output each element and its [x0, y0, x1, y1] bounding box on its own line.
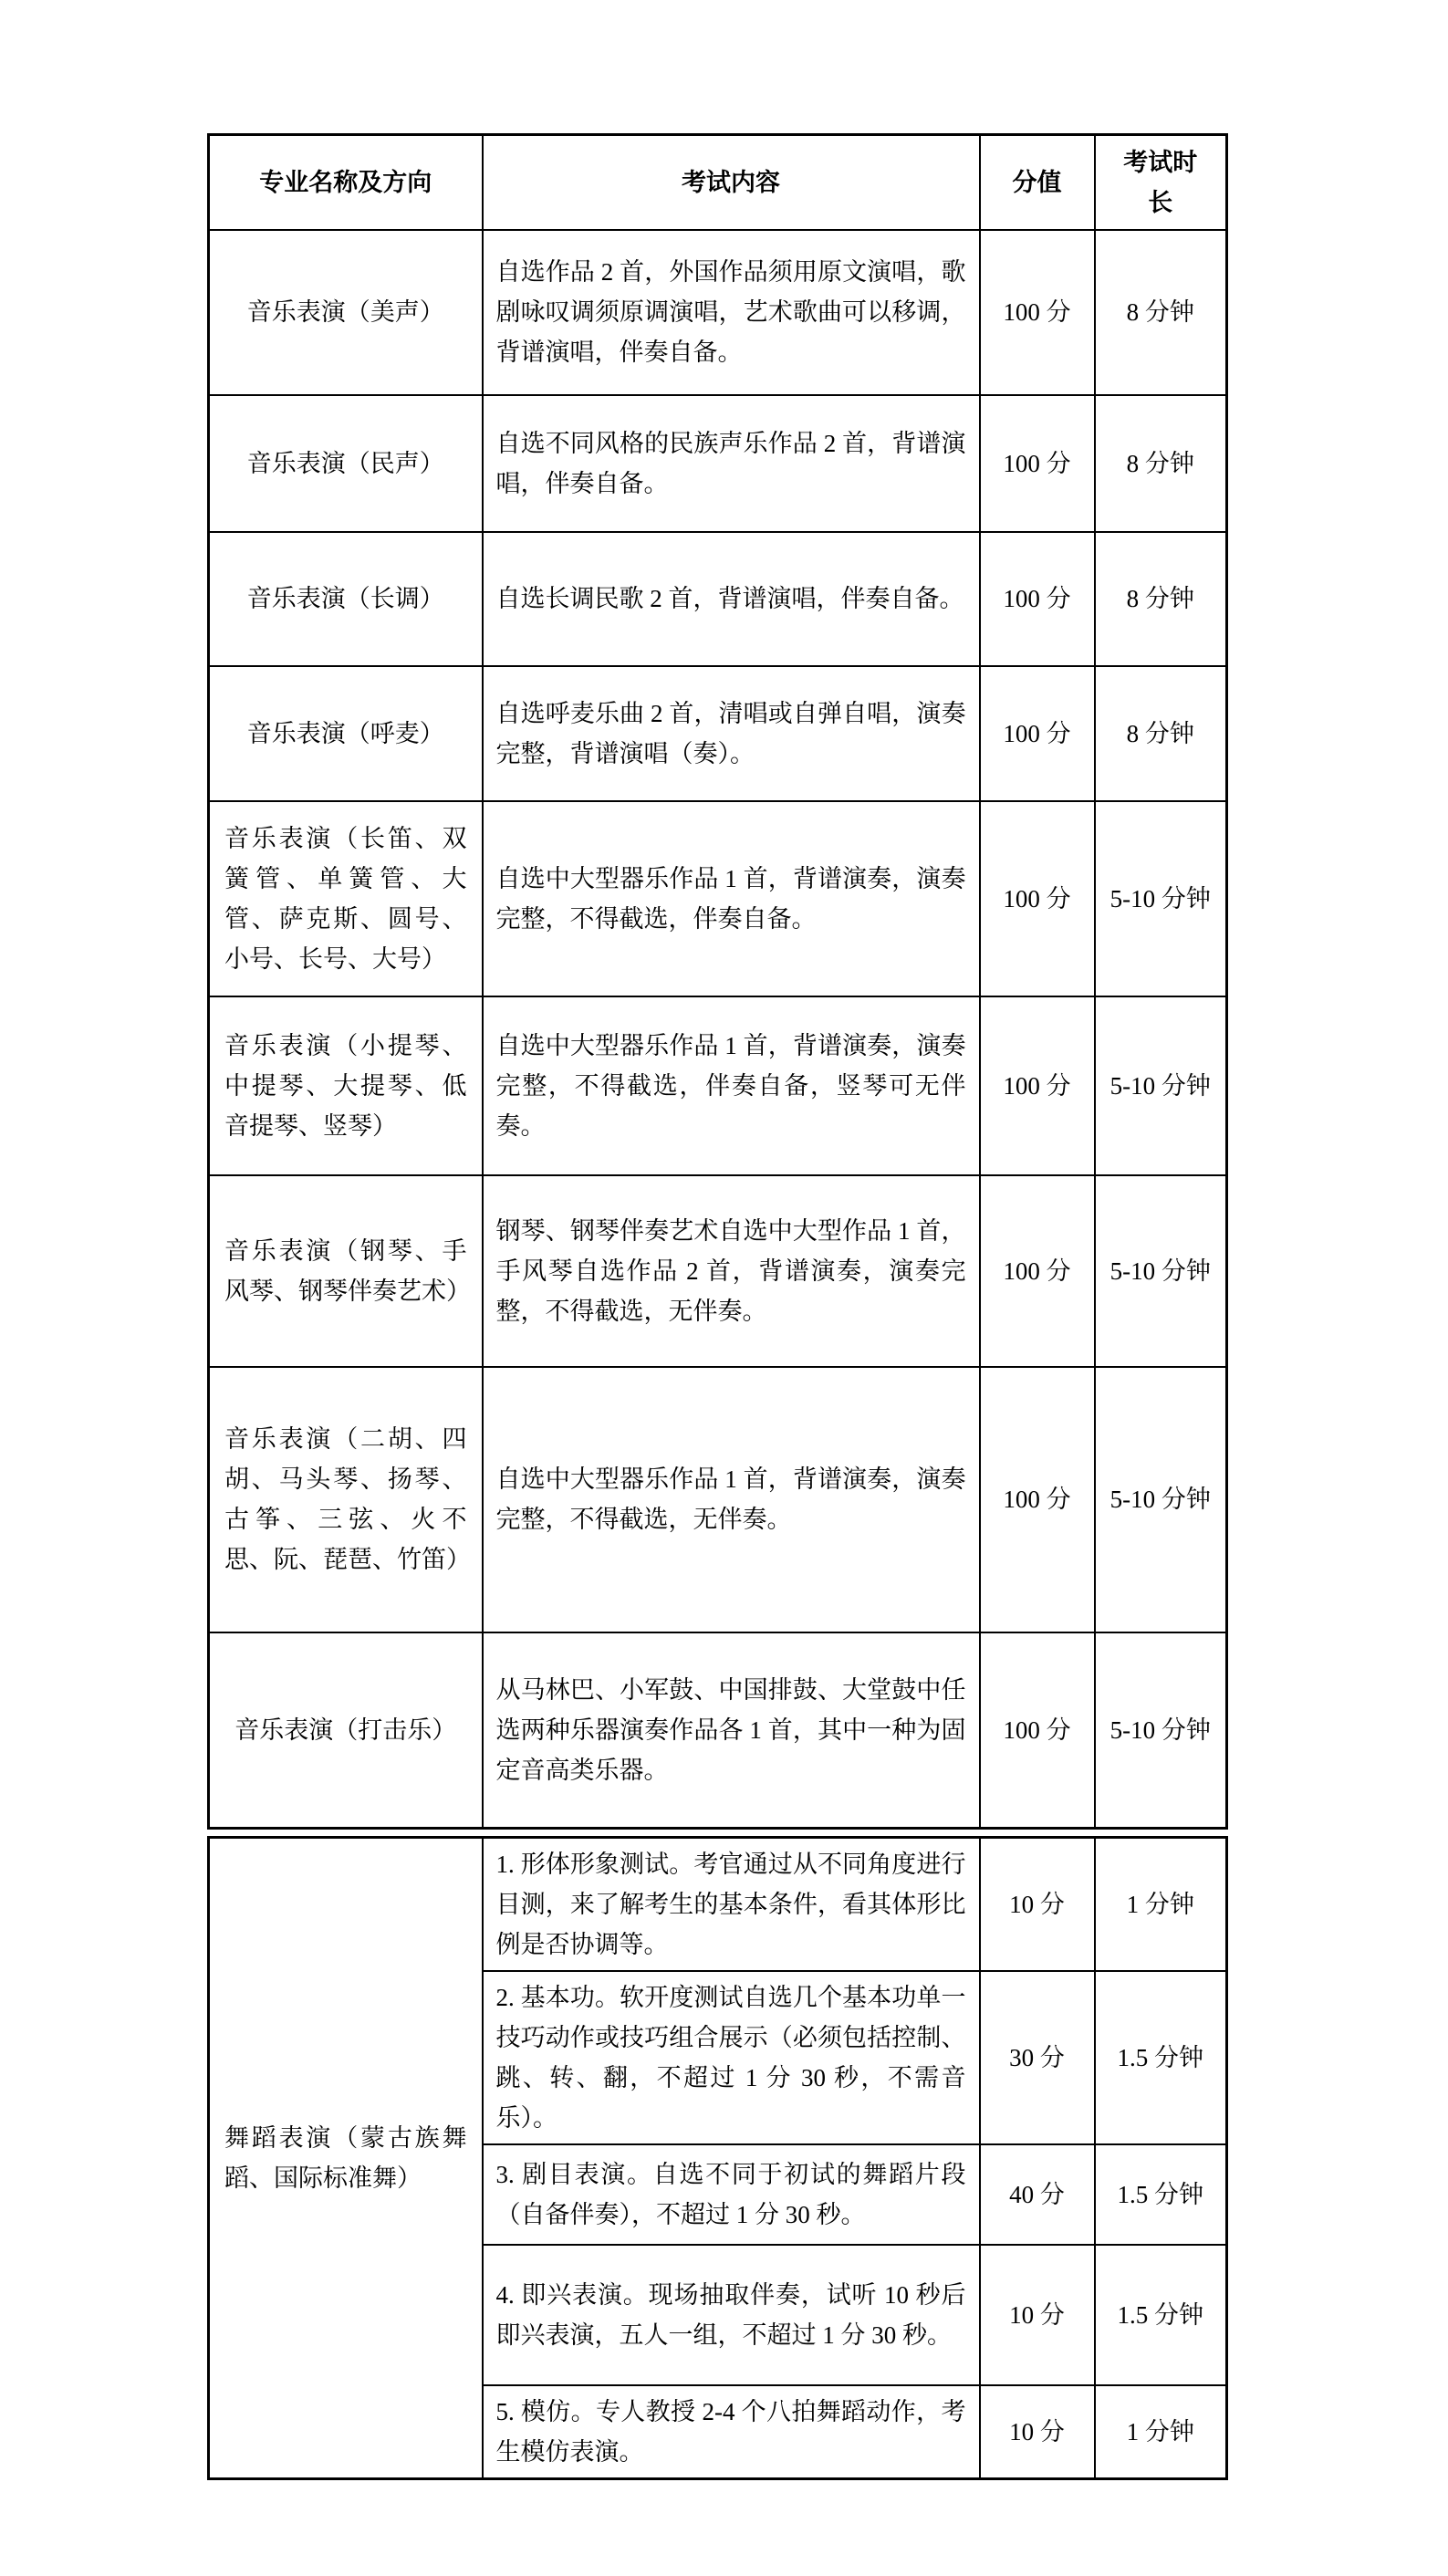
dance-exam-table: 舞蹈表演（蒙古族舞蹈、国际标准舞）1. 形体形象测试。考官通过从不同角度进行目测… [207, 1836, 1228, 2480]
major-cell: 音乐表演（美声） [209, 230, 483, 395]
content-cell: 自选中大型器乐作品 1 首，背谱演奏，演奏完整，不得截选，伴奏自备。 [483, 801, 980, 996]
duration-cell: 1 分钟 [1095, 1838, 1227, 1972]
table-row: 音乐表演（二胡、四胡、马头琴、扬琴、古筝、三弦、火不思、阮、琵琶、竹笛） 自选中… [209, 1367, 1227, 1632]
table-row: 舞蹈表演（蒙古族舞蹈、国际标准舞）1. 形体形象测试。考官通过从不同角度进行目测… [209, 1838, 1227, 1972]
content-cell: 自选呼麦乐曲 2 首，清唱或自弹自唱，演奏完整，背谱演唱（奏）。 [483, 666, 980, 801]
duration-cell: 5-10 分钟 [1095, 1367, 1227, 1632]
duration-cell: 8 分钟 [1095, 230, 1227, 395]
content-cell: 自选作品 2 首，外国作品须用原文演唱，歌剧咏叹调须原调演唱，艺术歌曲可以移调，… [483, 230, 980, 395]
duration-cell: 8 分钟 [1095, 666, 1227, 801]
duration-cell: 1.5 分钟 [1095, 2245, 1227, 2385]
duration-cell: 1 分钟 [1095, 2385, 1227, 2479]
score-cell: 100 分 [980, 1175, 1095, 1367]
content-cell: 4. 即兴表演。现场抽取伴奏，试听 10 秒后即兴表演，五人一组，不超过 1 分… [483, 2245, 980, 2385]
major-cell: 音乐表演（小提琴、中提琴、大提琴、低音提琴、竖琴） [209, 996, 483, 1175]
duration-cell: 5-10 分钟 [1095, 1175, 1227, 1367]
music-exam-table: 专业名称及方向 考试内容 分值 考试时长 音乐表演（美声） 自选作品 2 首，外… [207, 133, 1228, 1830]
score-cell: 100 分 [980, 1367, 1095, 1632]
duration-cell: 1.5 分钟 [1095, 1971, 1227, 2144]
major-cell: 音乐表演（呼麦） [209, 666, 483, 801]
score-cell: 30 分 [980, 1971, 1095, 2144]
score-cell: 100 分 [980, 996, 1095, 1175]
table-row: 音乐表演（钢琴、手风琴、钢琴伴奏艺术） 钢琴、钢琴伴奏艺术自选中大型作品 1 首… [209, 1175, 1227, 1367]
duration-cell: 5-10 分钟 [1095, 1632, 1227, 1829]
major-cell: 音乐表演（打击乐） [209, 1632, 483, 1829]
major-cell: 音乐表演（长调） [209, 532, 483, 666]
header-score: 分值 [980, 135, 1095, 230]
major-cell: 音乐表演（钢琴、手风琴、钢琴伴奏艺术） [209, 1175, 483, 1367]
content-cell: 自选中大型器乐作品 1 首，背谱演奏，演奏完整，不得截选，无伴奏。 [483, 1367, 980, 1632]
duration-cell: 1.5 分钟 [1095, 2144, 1227, 2245]
score-cell: 100 分 [980, 801, 1095, 996]
exam-tables: 专业名称及方向 考试内容 分值 考试时长 音乐表演（美声） 自选作品 2 首，外… [207, 133, 1225, 2480]
table-row: 音乐表演（美声） 自选作品 2 首，外国作品须用原文演唱，歌剧咏叹调须原调演唱，… [209, 230, 1227, 395]
content-cell: 自选不同风格的民族声乐作品 2 首，背谱演唱，伴奏自备。 [483, 395, 980, 532]
content-cell: 3. 剧目表演。自选不同于初试的舞蹈片段（自备伴奏），不超过 1 分 30 秒。 [483, 2144, 980, 2245]
major-cell: 舞蹈表演（蒙古族舞蹈、国际标准舞） [209, 1838, 483, 2479]
table-row: 音乐表演（长笛、双簧管、单簧管、大管、萨克斯、圆号、小号、长号、大号） 自选中大… [209, 801, 1227, 996]
duration-cell: 8 分钟 [1095, 532, 1227, 666]
table-row: 音乐表演（长调） 自选长调民歌 2 首，背谱演唱，伴奏自备。 100 分 8 分… [209, 532, 1227, 666]
header-content: 考试内容 [483, 135, 980, 230]
content-cell: 5. 模仿。专人教授 2-4 个八拍舞蹈动作，考生模仿表演。 [483, 2385, 980, 2479]
score-cell: 10 分 [980, 1838, 1095, 1972]
content-cell: 从马林巴、小军鼓、中国排鼓、大堂鼓中任选两种乐器演奏作品各 1 首，其中一种为固… [483, 1632, 980, 1829]
header-major: 专业名称及方向 [209, 135, 483, 230]
score-cell: 100 分 [980, 1632, 1095, 1829]
table-row: 音乐表演（小提琴、中提琴、大提琴、低音提琴、竖琴） 自选中大型器乐作品 1 首，… [209, 996, 1227, 1175]
content-cell: 钢琴、钢琴伴奏艺术自选中大型作品 1 首，手风琴自选作品 2 首，背谱演奏，演奏… [483, 1175, 980, 1367]
header-row: 专业名称及方向 考试内容 分值 考试时长 [209, 135, 1227, 230]
major-cell: 音乐表演（二胡、四胡、马头琴、扬琴、古筝、三弦、火不思、阮、琵琶、竹笛） [209, 1367, 483, 1632]
header-duration: 考试时长 [1095, 135, 1227, 230]
document-page: { "table": { "headers": ["专业名称及方向", "考试内… [0, 0, 1448, 2576]
table-row: 音乐表演（民声） 自选不同风格的民族声乐作品 2 首，背谱演唱，伴奏自备。 10… [209, 395, 1227, 532]
score-cell: 40 分 [980, 2144, 1095, 2245]
duration-cell: 5-10 分钟 [1095, 996, 1227, 1175]
content-cell: 2. 基本功。软开度测试自选几个基本功单一技巧动作或技巧组合展示（必须包括控制、… [483, 1971, 980, 2144]
score-cell: 10 分 [980, 2385, 1095, 2479]
score-cell: 10 分 [980, 2245, 1095, 2385]
major-cell: 音乐表演（长笛、双簧管、单簧管、大管、萨克斯、圆号、小号、长号、大号） [209, 801, 483, 996]
duration-cell: 5-10 分钟 [1095, 801, 1227, 996]
score-cell: 100 分 [980, 230, 1095, 395]
table-row: 音乐表演（打击乐） 从马林巴、小军鼓、中国排鼓、大堂鼓中任选两种乐器演奏作品各 … [209, 1632, 1227, 1829]
major-cell: 音乐表演（民声） [209, 395, 483, 532]
score-cell: 100 分 [980, 532, 1095, 666]
duration-cell: 8 分钟 [1095, 395, 1227, 532]
content-cell: 自选中大型器乐作品 1 首，背谱演奏，演奏完整，不得截选，伴奏自备，竖琴可无伴奏… [483, 996, 980, 1175]
content-cell: 自选长调民歌 2 首，背谱演唱，伴奏自备。 [483, 532, 980, 666]
table-row: 音乐表演（呼麦） 自选呼麦乐曲 2 首，清唱或自弹自唱，演奏完整，背谱演唱（奏）… [209, 666, 1227, 801]
score-cell: 100 分 [980, 395, 1095, 532]
content-cell: 1. 形体形象测试。考官通过从不同角度进行目测，来了解考生的基本条件，看其体形比… [483, 1838, 980, 1972]
score-cell: 100 分 [980, 666, 1095, 801]
